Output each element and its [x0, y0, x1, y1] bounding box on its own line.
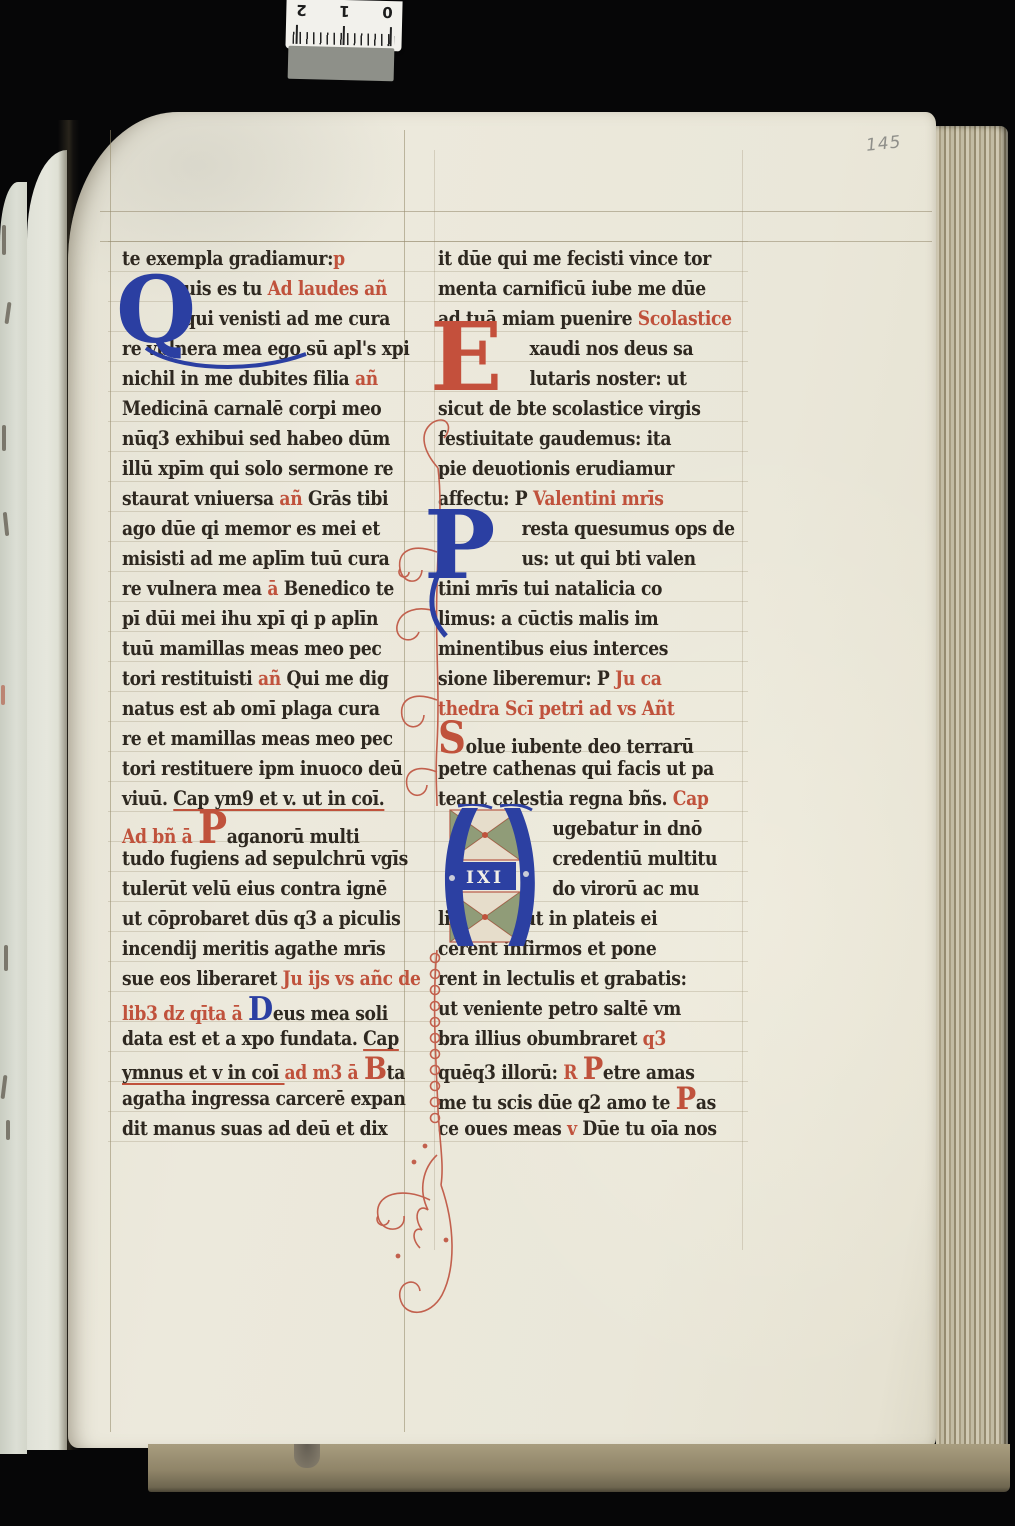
- ruler-number: 1: [339, 2, 350, 20]
- scale-ruler: 2 1 0: [285, 0, 402, 51]
- manuscript-text-line: it dūe qui me fecisti vince tor: [438, 244, 735, 274]
- body-text: agatha ingressa carcerē expan: [122, 1087, 406, 1110]
- body-text: resta quesumus ops de: [522, 517, 735, 540]
- rubric-text: Cap: [673, 787, 709, 810]
- body-text: ago dūe qi memor es mei et: [122, 517, 380, 540]
- manuscript-text-line: tuū mamillas meas meo pec: [122, 634, 421, 664]
- body-text: D: [248, 989, 273, 1028]
- body-text: illū xpīm qui solo sermone re: [122, 457, 393, 480]
- rubric-text: Valentini mrīs: [533, 487, 664, 510]
- rubric-text: añ: [279, 487, 308, 510]
- rubric-text: v: [567, 1117, 582, 1140]
- body-text: natus est ab omī plaga cura: [122, 697, 380, 720]
- body-text: sione liberemur: P: [438, 667, 615, 690]
- body-text: us: ut qui bti valen: [522, 547, 696, 570]
- manuscript-text-line: illū xpīm qui solo sermone re: [122, 454, 421, 484]
- body-text: re et mamillas meas meo pec: [122, 727, 393, 750]
- body-text: quēq3 illorū:: [438, 1061, 563, 1084]
- body-text: limus: a cūctis malis im: [438, 607, 658, 630]
- manuscript-text-line: staurat vniuersa añ Grās tibi: [122, 484, 421, 514]
- initial-motif-text: IXI: [466, 868, 504, 888]
- manuscript-text-line: data est et a xpo fundata. Cap: [122, 1024, 421, 1054]
- manuscript-text-line: pī dūi mei ihu xpī qi p aplīn: [122, 604, 421, 634]
- body-text: me tu scis dūe q2 amo te: [438, 1091, 676, 1114]
- body-text: re vulnera mea: [122, 577, 267, 600]
- rubric-text: ymnus et v in coī: [122, 1061, 285, 1084]
- body-text: pie deuotionis erudiamur: [438, 457, 674, 480]
- manuscript-content: 145 te exempla gradiamur:puis es tu Ad l…: [0, 0, 1015, 1526]
- rubric-text: p: [333, 247, 345, 270]
- body-text: ut veniente petro saltē vm: [438, 997, 681, 1020]
- rubric-text: añ: [258, 667, 287, 690]
- manuscript-text-line: thedra Scī petri ad vs Añt: [438, 694, 735, 724]
- illuminated-initial-Q: Q: [116, 264, 196, 356]
- rubric-text: ā: [267, 577, 283, 600]
- body-text: it dūe qui me fecisti vince tor: [438, 247, 711, 270]
- body-text: ugebatur in dnō: [552, 817, 702, 840]
- gray-calibration-card: [288, 46, 395, 82]
- body-text: P: [676, 1081, 696, 1117]
- manuscript-text-line: bra illius obumbraret q3: [438, 1024, 735, 1054]
- manuscript-text-line: menta carnificū iube me dūe: [438, 274, 735, 304]
- rubric-text: Cap: [363, 1027, 399, 1050]
- manuscript-text-line: viuū. Cap ym9 et v. ut in coī.: [122, 784, 421, 814]
- body-text: sue eos liberaret: [122, 967, 283, 990]
- body-text: P: [583, 1051, 603, 1087]
- manuscript-text-line: tulerūt velū eius contra ignē: [122, 874, 421, 904]
- body-text: lutaris noster: ut: [530, 367, 687, 390]
- body-text: pī dūi mei ihu xpī qi p aplīn: [122, 607, 378, 630]
- manuscript-text-line: re et mamillas meas meo pec: [122, 724, 421, 754]
- body-text: festiuitate gaudemus: ita: [438, 427, 671, 450]
- manuscript-text-line: dit manus suas ad deū et dix: [122, 1114, 421, 1144]
- body-text: xaudi nos deus sa: [530, 337, 694, 360]
- manuscript-text-line: lib3 dz qīta ā Deus mea soli: [122, 994, 421, 1024]
- rubric-text: Scolastice: [638, 307, 732, 330]
- body-text: bra illius obumbraret: [438, 1027, 643, 1050]
- manuscript-text-line: ut veniente petro saltē vm: [438, 994, 735, 1024]
- manuscript-text-line: misisti ad me aplīm tuū cura: [122, 544, 421, 574]
- manuscript-text-line: ce oues meas v Dūe tu oīa nos: [438, 1114, 735, 1144]
- manuscript-text-line: festiuitate gaudemus: ita: [438, 424, 735, 454]
- manuscript-text-line: ymnus et v in coī ad m3 ā Bta: [122, 1054, 421, 1084]
- rubric-text: Ju ijs vs añc de: [283, 967, 421, 990]
- photograph-canvas: { "photo": { "folio_number": "145", "rul…: [0, 0, 1015, 1526]
- body-text: Dūe tu oīa nos: [582, 1117, 716, 1140]
- manuscript-text-line: natus est ab omī plaga cura: [122, 694, 421, 724]
- body-text: B: [364, 1051, 387, 1087]
- manuscript-text-line: me tu scis dūe q2 amo te Pas: [438, 1084, 735, 1114]
- body-text: ce oues meas: [438, 1117, 567, 1140]
- illuminated-initial-P: P: [424, 498, 495, 593]
- body-text: tulerūt velū eius contra ignē: [122, 877, 387, 900]
- body-text: minentibus eius interces: [438, 637, 668, 660]
- manuscript-text-line: tori restituisti añ Qui me dig: [122, 664, 421, 694]
- manuscript-text-line: Solue iubente deo terrarū: [438, 724, 735, 754]
- body-text: as: [696, 1091, 716, 1114]
- manuscript-text-line: tudo fugiens ad sepulchrū vgīs: [122, 844, 421, 874]
- rubric-text: añ: [355, 367, 378, 390]
- body-text: rent in lectulis et grabatis:: [438, 967, 687, 990]
- manuscript-text-line: quēq3 illorū: R Petre amas: [438, 1054, 735, 1084]
- body-text: menta carnificū iube me dūe: [438, 277, 706, 300]
- rubric-text: q3: [643, 1027, 666, 1050]
- left-column: te exempla gradiamur:puis es tu Ad laude…: [122, 244, 461, 1144]
- body-text: Qui me dig: [287, 667, 389, 690]
- body-text: qui venisti ad me cura: [184, 307, 390, 330]
- manuscript-text-line: pie deuotionis erudiamur: [438, 454, 735, 484]
- body-text: ta: [387, 1061, 405, 1084]
- manuscript-text-line: incendij meritis agathe mrīs: [122, 934, 421, 964]
- manuscript-text-line: rent in lectulis et grabatis:: [438, 964, 735, 994]
- body-text: credentiū multitu: [552, 847, 717, 870]
- body-text: eus mea soli: [273, 1002, 388, 1025]
- body-text: staurat vniuersa: [122, 487, 279, 510]
- body-text: ut cōprobaret dūs q3 a piculis: [122, 907, 400, 930]
- manuscript-text-line: agatha ingressa carcerē expan: [122, 1084, 421, 1114]
- manuscript-text-line: petre cathenas qui facis ut pa: [438, 754, 735, 784]
- manuscript-text-line: nichil in me dubites filia añ: [122, 364, 421, 394]
- body-text: petre cathenas qui facis ut pa: [438, 757, 714, 780]
- body-text: uis es tu: [184, 277, 268, 300]
- body-text: tuū mamillas meas meo pec: [122, 637, 381, 660]
- rubric-text: R: [563, 1061, 583, 1084]
- ruler-numbers: 2 1 0: [286, 0, 402, 21]
- body-text: dit manus suas ad deū et dix: [122, 1117, 387, 1140]
- ruling-line: [100, 211, 932, 212]
- body-text: incendij meritis agathe mrīs: [122, 937, 385, 960]
- manuscript-text-line: limus: a cūctis malis im: [438, 604, 735, 634]
- body-text: tori restituisti: [122, 667, 258, 690]
- body-text: tori restituere ipm inuoco deū: [122, 757, 403, 780]
- manuscript-text-line: Medicinā carnalē corpi meo: [122, 394, 421, 424]
- decorated-initial-A: IXI: [428, 804, 540, 950]
- ruler-number: 0: [382, 3, 393, 21]
- manuscript-text-line: Ad bñ ā Paganorū multi: [122, 814, 421, 844]
- body-text: do virorū ac mu: [552, 877, 699, 900]
- illuminated-initial-E: E: [430, 310, 502, 405]
- body-text: misisti ad me aplīm tuū cura: [122, 547, 389, 570]
- body-text: Medicinā carnalē corpi meo: [122, 397, 381, 420]
- rubric-text: Ju ca: [615, 667, 661, 690]
- manuscript-text-line: nūq3 exhibui sed habeo dūm: [122, 424, 421, 454]
- manuscript-text-line: re vulnera mea ā Benedico te: [122, 574, 421, 604]
- manuscript-text-line: ut cōprobaret dūs q3 a piculis: [122, 904, 421, 934]
- manuscript-text-line: sione liberemur: P Ju ca: [438, 664, 735, 694]
- rubric-text: thedra Scī petri ad vs Añt: [438, 697, 674, 720]
- manuscript-text-line: tori restituere ipm inuoco deū: [122, 754, 421, 784]
- body-text: Grās tibi: [308, 487, 388, 510]
- ruler-number: 2: [296, 1, 307, 19]
- body-text: tudo fugiens ad sepulchrū vgīs: [122, 847, 408, 870]
- body-text: viuū.: [122, 787, 173, 810]
- folio-number: 145: [865, 132, 902, 156]
- rubric-text: lib3 dz qīta ā: [122, 1002, 248, 1025]
- body-text: nūq3 exhibui sed habeo dūm: [122, 427, 390, 450]
- body-text: Benedico te: [284, 577, 394, 600]
- decorated-initial-artwork: IXI: [428, 804, 540, 950]
- body-text: data est et a xpo fundata.: [122, 1027, 363, 1050]
- rubric-text: Ad laudes añ: [268, 277, 387, 300]
- rubric-text: ad m3 ā: [285, 1061, 364, 1084]
- manuscript-text-line: minentibus eius interces: [438, 634, 735, 664]
- manuscript-text-line: ago dūe qi memor es mei et: [122, 514, 421, 544]
- body-text: nichil in me dubites filia: [122, 367, 355, 390]
